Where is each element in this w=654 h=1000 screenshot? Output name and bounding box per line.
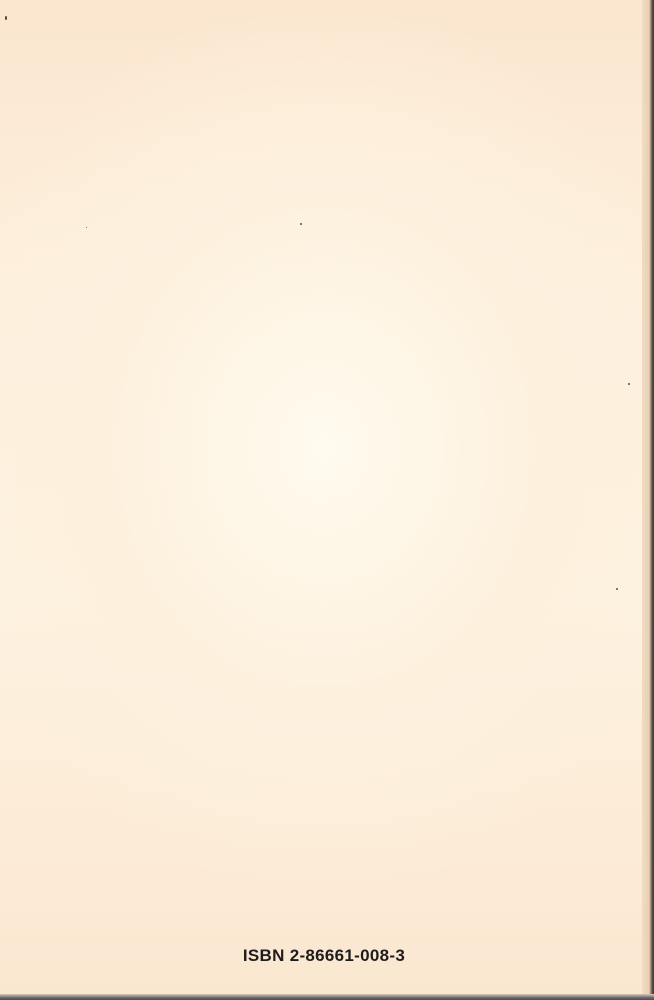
back-cover: ISBN 2-86661-008-3 [0,0,648,995]
isbn-label: ISBN 2-86661-008-3 [0,946,648,966]
scan-speck [5,16,7,20]
scan-speck [86,227,87,228]
scan-speck [300,223,302,225]
scan-speck [616,588,618,590]
cover-right-edge [642,0,654,995]
scan-speck [628,383,630,385]
cover-bottom-edge [0,994,654,1000]
